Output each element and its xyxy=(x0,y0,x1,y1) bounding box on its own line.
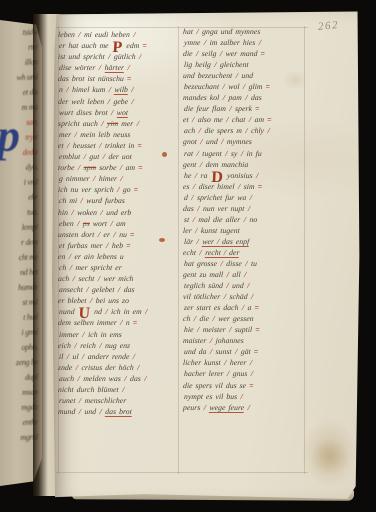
virgule-mark: / xyxy=(212,314,215,323)
virgule-mark: / xyxy=(108,97,111,106)
virgule-mark: / xyxy=(223,93,226,102)
virgule-mark: / xyxy=(210,347,213,356)
virgule-mark: / xyxy=(222,82,225,91)
virgule-mark: / xyxy=(79,396,82,405)
struck-word: ps xyxy=(83,219,90,228)
manuscript-line: st / mal die aller / no xyxy=(184,215,311,226)
virgule-mark: / xyxy=(224,358,227,367)
manuscript-line: hin / woken / und erb xyxy=(58,208,173,219)
virgule-mark: / xyxy=(99,407,102,416)
virgule-mark: / xyxy=(67,141,70,150)
virgule-mark: / xyxy=(120,174,123,183)
virgule-mark: / xyxy=(108,52,111,61)
virgule-mark: / xyxy=(204,403,207,412)
line-filler-mark: = xyxy=(142,41,146,50)
manuscript-line: emblut / gut / der uot xyxy=(59,152,174,163)
rubricated-word: recht / der xyxy=(205,248,240,258)
manuscript-line: und da / sunst / gät = xyxy=(184,347,311,358)
line-filler-mark: = xyxy=(130,230,134,239)
manuscript-line: dem selben immer / n = xyxy=(58,318,173,329)
virgule-mark: / xyxy=(90,296,93,305)
manuscript-line: es / diser himel / sim = xyxy=(183,182,310,193)
virgule-mark: / xyxy=(267,126,270,135)
line-filler-mark: = xyxy=(254,347,258,356)
manuscript-line: immer / ich in ems xyxy=(59,330,174,341)
virgule-mark: / xyxy=(105,307,108,316)
manuscript-line: hat grosse / disse / tu xyxy=(184,259,311,270)
virgule-mark: / xyxy=(86,285,89,294)
virgule-mark: / xyxy=(99,341,102,350)
manuscript-line: das / nun ver nupt / xyxy=(183,204,310,215)
virgule-mark: / xyxy=(248,403,251,412)
virgule-mark: / xyxy=(101,119,104,128)
virgule-mark: / xyxy=(199,126,202,135)
rubricated-word: das brot xyxy=(105,407,132,417)
manuscript-line: torbe / spm sorbe / am = xyxy=(58,163,173,174)
line-filler-mark: = xyxy=(255,104,259,113)
virgule-mark: / xyxy=(120,163,123,172)
manuscript-line: ler / kunst tugent xyxy=(183,226,310,237)
virgule-mark: / xyxy=(235,347,238,356)
manuscript-line: he / ra D yonisius / xyxy=(184,171,311,182)
virgule-mark: / xyxy=(247,281,250,290)
manuscript-line: licher kunst / herer / xyxy=(183,358,310,369)
virgule-mark: / xyxy=(192,115,195,124)
manuscript-line: ach / secht / wer mich xyxy=(58,274,173,285)
virgule-mark: / xyxy=(242,303,245,312)
manuscript-line: spricht auch / yim mer / xyxy=(58,119,173,130)
virgule-mark: / xyxy=(244,270,247,279)
virgule-mark: / xyxy=(195,171,198,180)
virgule-mark: / xyxy=(139,52,142,61)
manuscript-line: gent zu mall / all / xyxy=(183,270,310,281)
struck-word: yim xyxy=(107,119,119,128)
struck-word: spm xyxy=(83,163,96,172)
virgule-mark: / xyxy=(145,307,148,316)
virgule-mark: / xyxy=(238,182,241,191)
line-filler-mark: = xyxy=(137,141,141,150)
manuscript-line: die spers vil dus se = xyxy=(183,381,310,392)
virgule-mark: / xyxy=(197,204,200,213)
manuscript-page: 262 leben / mi eudi heben /er hat auch m… xyxy=(52,10,360,502)
virgule-mark: / xyxy=(244,215,247,224)
virgule-mark: / xyxy=(98,230,101,239)
virgule-mark: / xyxy=(200,137,203,146)
virgule-mark: / xyxy=(220,49,223,58)
manuscript-line: zer start es dach / a = xyxy=(184,303,311,314)
manuscript-line: en / er ain lebens u xyxy=(58,252,173,263)
virgule-mark: / xyxy=(82,330,85,339)
virgule-mark: / xyxy=(199,248,202,257)
manuscript-line: eich / reich / nug enz xyxy=(58,341,173,352)
virgule-mark: / xyxy=(71,208,74,217)
manuscript-line: ist und spricht / gütlich / xyxy=(58,52,173,63)
virgule-mark: / xyxy=(103,152,106,161)
virgule-mark: / xyxy=(66,85,69,94)
virgule-mark: / xyxy=(196,149,199,158)
virgule-mark: / xyxy=(248,204,251,213)
virgule-mark: / xyxy=(194,314,197,323)
virgule-mark: / xyxy=(226,270,229,279)
virgule-mark: / xyxy=(76,363,79,372)
manuscript-line: maister / johannes xyxy=(183,336,310,347)
manuscript-line: hat / gnga und mymnes xyxy=(183,27,310,38)
virgule-mark: / xyxy=(224,292,227,301)
manuscript-line: ymne / im zalber hies / xyxy=(184,38,311,49)
manuscript-line: rat / tugent / sy / in fu xyxy=(184,149,311,160)
virgule-mark: / xyxy=(100,208,103,217)
line-filler-mark: = xyxy=(255,325,259,334)
virgule-mark: / xyxy=(84,152,87,161)
manuscript-line: n / himel kum / wilb / xyxy=(59,85,174,96)
virgule-mark: / xyxy=(196,237,199,246)
manuscript-line: mandes kol / pam / das xyxy=(183,93,310,104)
virgule-mark: / xyxy=(251,369,254,378)
manuscript-line: unsten dort / er / nu = xyxy=(58,230,173,241)
manuscript-line: die / seilg / wer mand = xyxy=(183,49,310,60)
manuscript-line: eben / ps wort / am xyxy=(59,219,174,230)
manuscript-line: g nimmer / himer / xyxy=(59,174,174,185)
manuscript-line: das brot ist nünschu = xyxy=(58,74,173,85)
manuscript-line: echt / recht / der xyxy=(183,248,310,259)
manuscript-line: vil tötlicher / schäd / xyxy=(183,292,310,303)
virgule-mark: / xyxy=(196,49,199,58)
manuscript-line: nympt es vil bus / xyxy=(184,392,311,403)
line-filler-mark: = xyxy=(260,49,264,58)
manuscript-line: ch / die / wer gessen xyxy=(183,314,310,325)
manuscript-line: hie / meister / suptil = xyxy=(184,325,311,336)
virgule-mark: / xyxy=(74,341,77,350)
virgule-mark: / xyxy=(144,374,147,383)
virgule-mark: / xyxy=(204,38,207,47)
manuscript-line: et / also me / chat / am = xyxy=(183,115,310,126)
virgule-mark: / xyxy=(191,193,194,202)
rubricated-word: wer / das enpf xyxy=(202,237,250,247)
virgule-mark: / xyxy=(214,60,217,69)
line-filler-mark: = xyxy=(257,182,261,191)
virgule-mark: / xyxy=(200,160,203,169)
virgule-mark: / xyxy=(245,259,248,268)
manuscript-line: lär / wer / das enpf xyxy=(184,237,311,248)
manuscript-line: gnot / und / mymnes xyxy=(183,137,310,148)
virgule-mark: / xyxy=(137,363,140,372)
virgule-mark: / xyxy=(79,407,82,416)
line-filler-mark: = xyxy=(138,163,142,172)
virgule-mark: / xyxy=(221,137,224,146)
rubricated-word: wot xyxy=(117,108,129,118)
virgule-mark: / xyxy=(245,126,248,135)
rubricated-word: wege feure xyxy=(209,403,244,413)
virgule-mark: / xyxy=(220,259,223,268)
ruling-line-bottom xyxy=(56,472,308,473)
manuscript-line: ich nu ver sprich / go = xyxy=(58,185,173,196)
stain xyxy=(282,70,308,90)
manuscript-line: dise wörter / härter / xyxy=(59,63,174,74)
virgule-mark: / xyxy=(67,352,70,361)
virgule-mark: / xyxy=(241,149,244,158)
virgule-mark: / xyxy=(245,93,248,102)
manuscript-line: mund / und / das brot xyxy=(58,407,173,418)
manuscript-line: ach / die spers m / chly / xyxy=(184,126,311,137)
virgule-mark: / xyxy=(93,174,96,183)
manuscript-line: er hat auch me P edm = xyxy=(59,41,174,52)
line-filler-mark: = xyxy=(249,381,253,390)
virgule-mark: / xyxy=(127,63,130,72)
manuscript-line: wurt dises brot / wot xyxy=(59,108,174,119)
virgule-mark: / xyxy=(196,27,199,36)
virgule-mark: / xyxy=(77,374,80,383)
manuscript-line: nicht durch blümet / xyxy=(58,385,173,396)
manuscript-line: d / sprichet fur wa / xyxy=(184,193,311,204)
manuscript-line: ch mi / wurd furbas xyxy=(59,196,174,207)
rubric-mark xyxy=(159,238,165,242)
virgule-mark: / xyxy=(133,30,136,39)
virgule-mark: / xyxy=(137,119,140,128)
line-filler-mark: = xyxy=(126,241,130,250)
virgule-mark: / xyxy=(229,325,232,334)
virgule-mark: / xyxy=(74,130,77,139)
manuscript-line: runet / menschlicher xyxy=(59,396,174,407)
manuscript-line: mer / mein leib neuss xyxy=(59,130,174,141)
virgule-mark: / xyxy=(131,85,134,94)
virgule-mark: / xyxy=(250,193,253,202)
stain xyxy=(310,438,350,476)
line-filler-mark: = xyxy=(254,303,258,312)
manuscript-line: il / ul / anderr rende / xyxy=(59,352,174,363)
folio-number: 262 xyxy=(318,19,340,33)
manuscript-line: gent / dem manchia xyxy=(183,160,310,171)
manuscript-photo: tsidwrteiillonwh undet dism masan,trystd… xyxy=(0,0,376,512)
manuscript-line: et / heusset / trinket in = xyxy=(58,141,173,152)
virgule-mark: / xyxy=(227,369,230,378)
virgule-mark: / xyxy=(111,108,114,117)
rubricated-word: wilb xyxy=(114,85,128,95)
line-filler-mark: = xyxy=(133,318,137,327)
manuscript-line: auch / melden was / das / xyxy=(59,374,174,385)
virgule-mark: / xyxy=(229,104,232,113)
virgule-mark: / xyxy=(210,336,213,345)
blue-initial-letter: p xyxy=(0,116,20,156)
virgule-mark: / xyxy=(82,352,85,361)
virgule-mark: / xyxy=(110,219,113,228)
virgule-mark: / xyxy=(131,97,134,106)
manuscript-line: er blebet / bei uns zo xyxy=(58,296,173,307)
virgule-mark: / xyxy=(113,230,116,239)
virgule-mark: / xyxy=(78,163,81,172)
manuscript-line: znde / cristus der höch / xyxy=(58,363,173,374)
text-column-left: leben / mi eudi heben /er hat auch me P … xyxy=(58,30,172,418)
virgule-mark: / xyxy=(240,392,243,401)
virgule-mark: / xyxy=(120,318,123,327)
virgule-mark: / xyxy=(236,71,239,80)
virgule-mark: / xyxy=(225,149,228,158)
virgule-mark: / xyxy=(109,85,112,94)
virgule-mark: / xyxy=(99,141,102,150)
manuscript-line: hacher lerer / gnus / xyxy=(184,369,311,380)
line-filler-mark: = xyxy=(267,115,271,124)
manuscript-line: teglich sünd / und / xyxy=(184,281,311,292)
virgule-mark: / xyxy=(256,171,259,180)
virgule-mark: / xyxy=(259,38,262,47)
virgule-mark: / xyxy=(226,115,229,124)
line-filler-mark: = xyxy=(127,74,131,83)
virgule-mark: / xyxy=(69,252,72,261)
virgule-mark: / xyxy=(197,325,200,334)
manuscript-line: die feur flam / sperk = xyxy=(184,104,311,115)
virgule-mark: / xyxy=(250,358,253,367)
virgule-mark: / xyxy=(117,185,120,194)
line-filler-mark: = xyxy=(265,82,269,91)
virgule-mark: / xyxy=(99,63,102,72)
virgule-mark: / xyxy=(77,219,80,228)
virgule-mark: / xyxy=(98,274,101,283)
manuscript-line: et furbas mer / heb = xyxy=(59,241,174,252)
rubricated-word: härter xyxy=(104,63,124,73)
virgule-mark: / xyxy=(226,281,229,290)
virgule-mark: / xyxy=(122,385,125,394)
manuscript-line: ansecht / gelebet / das xyxy=(59,285,174,296)
manuscript-line: nund U nd / ich in em / xyxy=(59,307,174,318)
manuscript-line: der welt leben / gebe / xyxy=(58,97,173,108)
manuscript-line: peurs / wege feure / xyxy=(183,403,310,414)
ruling-line-middle xyxy=(178,26,179,474)
line-filler-mark: = xyxy=(133,185,137,194)
virgule-mark: / xyxy=(133,352,136,361)
virgule-mark: / xyxy=(243,82,246,91)
virgule-mark: / xyxy=(124,374,127,383)
virgule-mark: / xyxy=(80,196,83,205)
virgule-mark: / xyxy=(195,226,198,235)
manuscript-line: ch / mer spricht er xyxy=(59,263,174,274)
virgule-mark: / xyxy=(78,30,81,39)
virgule-mark: / xyxy=(251,292,254,301)
virgule-mark: / xyxy=(106,241,109,250)
virgule-mark: / xyxy=(193,215,196,224)
virgule-mark: / xyxy=(70,263,73,272)
virgule-mark: / xyxy=(193,182,196,191)
virgule-mark: / xyxy=(73,274,76,283)
rubric-dot xyxy=(162,152,167,157)
virgule-mark: / xyxy=(249,115,252,124)
virgule-mark: / xyxy=(118,285,121,294)
